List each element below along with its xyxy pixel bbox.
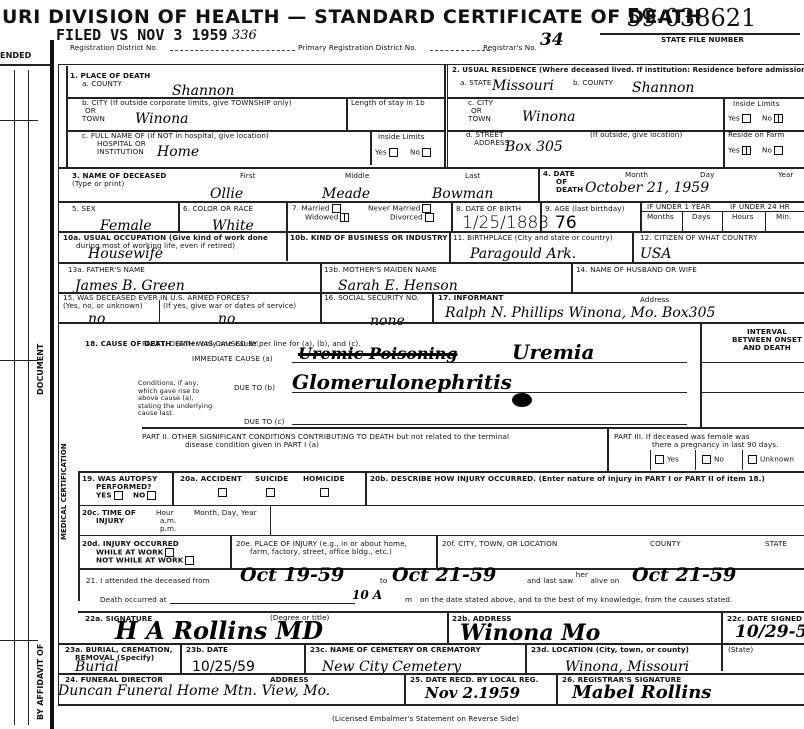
autopsy-no[interactable]: NO	[133, 491, 156, 500]
filed-stamp: FILED VS NOV 3 1959	[56, 26, 228, 44]
checkbox-yes-checked[interactable]	[742, 146, 751, 155]
death-time-value: 10 A	[352, 588, 382, 602]
spouse-label: 14. NAME OF HUSBAND OR WIFE	[576, 266, 697, 274]
document-label: DOCUMENT	[36, 344, 45, 395]
time-of-injury-label2: INJURY	[96, 517, 124, 525]
residence-inside-limits-label: Inside Limits	[733, 100, 780, 108]
year-label: Year	[778, 171, 794, 179]
city-label: b. CITY (If outside corporate limits, gi…	[82, 99, 292, 107]
middle-label: Middle	[345, 172, 369, 180]
checkbox-no[interactable]	[147, 491, 156, 500]
residence-inside-yes[interactable]: Yes	[728, 114, 751, 123]
part1-label: PART I. DEATH WAS CAUSED BY:	[142, 340, 259, 348]
county-label: a. COUNTY	[82, 80, 122, 88]
checkbox-yes[interactable]	[655, 455, 664, 464]
registration-district-value: 336	[232, 28, 257, 43]
last-label: Last	[465, 172, 480, 180]
residence-county-value: Shannon	[632, 80, 694, 96]
pregnancy-yes[interactable]: Yes	[655, 455, 679, 464]
mother-label: 13b. MOTHER'S MAIDEN NAME	[324, 266, 437, 274]
homicide-checkbox[interactable]	[318, 484, 329, 502]
checkbox-no[interactable]	[702, 455, 711, 464]
primary-registration-line	[430, 50, 490, 51]
state-file-number: 59-038621	[626, 4, 756, 32]
registration-district-label: Registration District No.	[70, 44, 158, 52]
residence-inside-no[interactable]: No	[762, 114, 783, 123]
registrars-no-value: 34	[540, 30, 564, 50]
burial-date-label: 23b. DATE	[186, 646, 228, 654]
pm-label: p.m.	[160, 525, 177, 533]
checkbox-divorced[interactable]	[425, 213, 434, 222]
part3-line2: there a pregnancy in last 90 days.	[652, 441, 779, 449]
hospital-label3: INSTITUTION	[97, 148, 144, 156]
street-value: Box 305	[505, 139, 563, 155]
checkbox-no-checked[interactable]	[774, 114, 783, 123]
checkbox-no[interactable]	[774, 146, 783, 155]
marital-divorced[interactable]: Divorced	[390, 213, 434, 222]
pregnancy-no[interactable]: No	[702, 455, 724, 464]
informant-value: Ralph N. Phillips Winona, Mo. Box305	[445, 305, 715, 321]
date-signed-value: 10/29-59	[735, 622, 804, 642]
race-label: 6. COLOR OR RACE	[183, 205, 253, 213]
due-to-b-value: Glomerulonephritis	[292, 370, 512, 394]
pronoun: her	[576, 570, 588, 579]
attended-label: 21. I attended the deceased from	[86, 577, 210, 585]
part2-line2: disease condition given in PART I (a)	[185, 441, 319, 449]
dob-label: 8. DATE OF BIRTH	[456, 205, 521, 213]
reside-on-farm-label: Reside on Farm	[728, 131, 784, 139]
inside-limits-label: Inside Limits	[378, 133, 425, 141]
checkbox-yes[interactable]	[389, 148, 398, 157]
middle-name-value: Meade	[322, 186, 370, 202]
immediate-cause-value: Uremia	[512, 340, 594, 364]
amended-label: ENDED	[0, 52, 31, 60]
city-town-label: TOWN	[82, 115, 105, 123]
death-occurred-label: Death occurred at	[100, 596, 167, 604]
citizen-label: 12. CITIZEN OF WHAT COUNTRY	[640, 234, 757, 242]
due-to-b-label: DUE TO (b)	[234, 384, 275, 392]
checkbox-yes[interactable]	[114, 491, 123, 500]
funeral-director-value: Duncan Funeral Home Mtn. View, Mo.	[58, 683, 330, 699]
ssn-value: none	[370, 313, 405, 329]
residence-city-town: TOWN	[468, 115, 491, 123]
month-day-year-label: Month, Day, Year	[194, 509, 257, 517]
registrar-signature: Mabel Rollins	[572, 682, 711, 703]
ink-blot	[512, 393, 532, 407]
hospital-value: Home	[157, 144, 199, 160]
affidavit-label: BY AFFIDAVIT OF	[36, 644, 45, 720]
armed-forces-value: no	[88, 311, 105, 327]
homicide-label: HOMICIDE	[303, 475, 345, 483]
under-24-hr-label: IF UNDER 24 HR	[730, 203, 790, 211]
under-1-year-label: IF UNDER 1 YEAR	[647, 203, 711, 211]
injury-county-label: COUNTY	[650, 540, 681, 548]
armed-forces-hint1: (Yes, no, or unknown)	[63, 302, 143, 310]
date-of-death-label3: DEATH	[556, 186, 583, 194]
residence-city-value: Winona	[522, 109, 575, 125]
street-hint: (If outside, give location)	[590, 131, 682, 139]
birthplace-value: Paragould Ark.	[470, 246, 576, 262]
armed-forces-service-value: no	[218, 311, 235, 327]
date-of-death-value: October 21, 1959	[585, 180, 709, 196]
state-file-number-label: STATE FILE NUMBER	[661, 36, 744, 44]
accident-checkbox[interactable]	[216, 484, 227, 502]
informant-label: 17. INFORMANT	[438, 294, 503, 302]
interval-label: INTERVAL BETWEEN ONSET AND DEATH	[732, 328, 802, 352]
name-hint: (Type or print)	[72, 180, 124, 188]
pod-inside-no[interactable]: No	[410, 148, 431, 157]
date-received-label: 25. DATE RECD. BY LOCAL REG.	[410, 676, 538, 684]
cemetery-label: 23c. NAME OF CEMETERY OR CREMATORY	[310, 646, 481, 654]
location-label: 23d. LOCATION (City, town, or county)	[531, 646, 689, 654]
day-label: Day	[700, 171, 715, 179]
residence-state-label: a. STATE	[460, 79, 491, 87]
checkbox-no[interactable]	[422, 148, 431, 157]
usual-residence-heading: 2. USUAL RESIDENCE (Where deceased lived…	[452, 66, 804, 74]
citizen-value: USA	[640, 246, 672, 262]
days-label: Days	[692, 213, 710, 221]
business-label: 10b. KIND OF BUSINESS OR INDUSTRY	[290, 234, 448, 242]
first-label: First	[240, 172, 256, 180]
suicide-checkbox[interactable]	[264, 484, 275, 502]
month-label: Month	[625, 171, 648, 179]
immediate-cause-label: IMMEDIATE CAUSE (a)	[192, 355, 273, 363]
work-no[interactable]: NOT WHILE AT WORK	[96, 556, 194, 565]
injury-city-label: 20f. CITY, TOWN, OR LOCATION	[442, 540, 557, 548]
city-value: Winona	[135, 111, 188, 127]
pregnancy-unknown[interactable]: Unknown	[748, 455, 794, 464]
last-saw-group: and last saw her alive on	[527, 577, 619, 585]
last-saw-value: Oct 21-59	[632, 564, 736, 586]
to-label: to	[380, 577, 387, 585]
months-label: Months	[647, 213, 674, 221]
residence-state-value: Missouri	[492, 78, 554, 94]
age-label: 9. AGE (last birthday)	[545, 205, 625, 213]
due-to-c-label: DUE TO (c)	[244, 418, 285, 426]
registration-district-line	[170, 50, 295, 51]
checkbox-unknown[interactable]	[748, 455, 757, 464]
occupation-value: Housewife	[88, 246, 163, 262]
immediate-cause-struck: Uremic Poisoning	[298, 344, 457, 363]
farm-no[interactable]: No	[762, 146, 783, 155]
left-binding-bar	[50, 40, 54, 729]
armed-forces-hint2: (If yes, give war or dates of service)	[163, 302, 296, 310]
primary-registration-label: Primary Registration District No.	[298, 44, 417, 52]
checkbox-widowed-checked[interactable]	[340, 213, 349, 222]
checkbox-suicide[interactable]	[266, 488, 275, 497]
attestation-statement: on the date stated above, and to the bes…	[420, 596, 732, 604]
sex-label: 5. SEX	[72, 205, 96, 213]
conditions-note: Conditions, if any, which gave rise to a…	[138, 380, 215, 418]
registrars-no-label: Registrar's No.	[483, 44, 537, 52]
pod-inside-yes[interactable]: Yes	[375, 148, 398, 157]
informant-address-label: Address	[640, 296, 669, 304]
checkbox-accident[interactable]	[218, 488, 227, 497]
hours-label: Hours	[732, 213, 754, 221]
location-state-label: (State)	[728, 646, 753, 654]
length-of-stay-label: Length of stay in 1b	[351, 99, 425, 107]
accident-label: 20a. ACCIDENT	[180, 475, 242, 483]
ssn-label: 16. SOCIAL SECURITY NO.	[324, 294, 419, 302]
father-label: 13a. FATHER'S NAME	[68, 266, 145, 274]
certificate-title: URI DIVISION OF HEALTH — STANDARD CERTIF…	[2, 6, 702, 28]
attended-to-value: Oct 21-59	[392, 564, 496, 586]
checkbox-not-at-work[interactable]	[185, 556, 194, 565]
autopsy-yes[interactable]: YES	[96, 491, 123, 500]
farm-yes[interactable]: Yes	[728, 146, 751, 155]
attended-from-value: Oct 19-59	[240, 564, 344, 586]
checkbox-homicide[interactable]	[320, 488, 329, 497]
residence-county-label: b. COUNTY	[573, 79, 613, 87]
date-received-value: Nov 2.1959	[425, 684, 520, 702]
min-label: Min.	[776, 213, 791, 221]
checkbox-never-married[interactable]	[422, 204, 431, 213]
dob-value: 1/25/1883	[462, 213, 549, 233]
injury-state-label: STATE	[765, 540, 787, 548]
place-of-injury-label2: farm, factory, street, office bldg., etc…	[250, 548, 392, 556]
first-name-value: Ollie	[210, 186, 243, 202]
birthplace-label: 11. BIRTHPLACE (City and state or countr…	[453, 234, 613, 242]
checkbox-yes[interactable]	[742, 114, 751, 123]
footer-note: (Licensed Embalmer's Statement on Revers…	[332, 715, 519, 723]
suicide-label: SUICIDE	[255, 475, 288, 483]
age-value: 76	[555, 213, 577, 233]
m-label: m	[405, 596, 412, 604]
describe-injury-label: 20b. DESCRIBE HOW INJURY OCCURRED. (Ente…	[370, 475, 765, 483]
last-name-value: Bowman	[432, 186, 493, 202]
marital-widowed[interactable]: Widowed	[305, 213, 349, 222]
physician-signature: H A Rollins MD	[115, 616, 323, 645]
